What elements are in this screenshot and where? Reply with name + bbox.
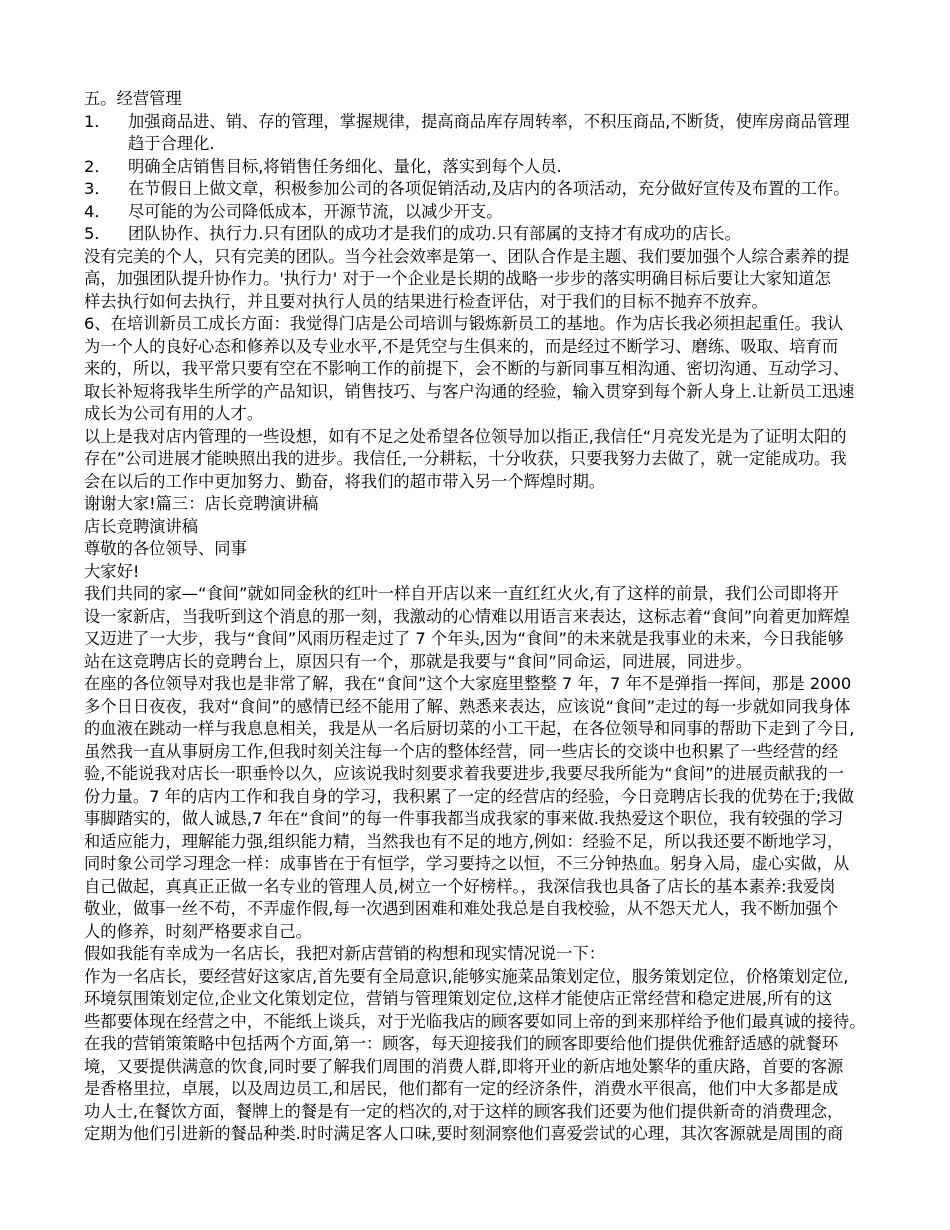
text-line: 作为一名店长，要经营好这家店,首先要有全局意识,能够实施菜品策划定位，服务策划定… [84, 966, 870, 989]
text-line: 谢谢大家!篇三：店长竞聘演讲稿 [84, 493, 870, 516]
text-line: 以上是我对店内管理的一些设想，如有不足之处希望各位领导加以指正,我信任“月亮发光… [84, 426, 870, 449]
text-line: 没有完美的个人，只有完美的团队。当今社会效率是第一、团队合作是主题、我们要加强个… [84, 246, 870, 269]
text-line: 人的修养，时刻严格要求自己。 [84, 921, 870, 944]
text-line: 定期为他们引进新的餐品种类.时时满足客人口味,要时刻洞察他们喜爱尝试的心理，其次… [84, 1123, 870, 1146]
text-line: 是香格里拉，卓展，以及周边员工,和居民，他们都有一定的经济条件，消费水平很高，他… [84, 1078, 870, 1101]
text-line: 多个日日夜夜，我对“食间”的感情已经不能用了解、熟悉来表达，应该说“食间”走过的… [84, 696, 870, 719]
text-line: 功人士,在餐饮方面，餐牌上的餐是有一定的档次的,对于这样的顾客我们还要为他们提供… [84, 1101, 870, 1124]
text-line: 事脚踏实的，做人诚恳,7 年在“食间”的每一件事我都当成我家的事来做.我热爱这个… [84, 808, 870, 831]
text-line: 站在这竞聘店长的竞聘台上，原因只有一个，那就是我要与“食间”同命运，同进展，同进… [84, 651, 870, 674]
list-number: 3． [84, 178, 128, 201]
text-line: 验,不能说我对店长一职垂怜以久，应该说我时刻要求着我要进步,我要尽我所能为“食间… [84, 763, 870, 786]
text-line: 店长竞聘演讲稿 [84, 516, 870, 539]
text-line: 尊敬的各位领导、同事 [84, 538, 870, 561]
numbered-list-item-line: 4．尽可能的为公司降低成本，开源节流，以减少开支。 [84, 201, 870, 224]
numbered-list-item-line: 2．明确全店销售目标,将销售任务细化、量化，落实到每个人员. [84, 156, 870, 179]
list-item-text: 在节假日上做文章，积极参加公司的各项促销活动,及店内的各项活动，充分做好宣传及布… [128, 178, 850, 201]
text-line: 些都要体现在经营之中，不能纸上谈兵，对于光临我店的顾客要如同上帝的到来那样给予他… [84, 1011, 870, 1034]
list-continuation-line: 趋于合理化. [84, 133, 870, 156]
text-line: 境，又要提供满意的饮食,同时要了解我们周围的消费人群,即将开业的新店地处繁华的重… [84, 1056, 870, 1079]
numbered-list-item-line: 3．在节假日上做文章，积极参加公司的各项促销活动,及店内的各项活动，充分做好宣传… [84, 178, 870, 201]
numbered-list-item-line: 5．团队协作、执行力.只有团队的成功才是我们的成功.只有部属的支持才有成功的店长… [84, 223, 870, 246]
text-line: 成长为公司有用的人才。 [84, 403, 870, 426]
list-item-text: 明确全店销售目标,将销售任务细化、量化，落实到每个人员. [128, 156, 562, 179]
text-line: 五。经营管理 [84, 88, 870, 111]
text-line: 环境氛围策划定位,企业文化策划定位，营销与管理策划定位,这样才能使店正常经营和稳… [84, 988, 870, 1011]
text-line: 敬业，做事一丝不苟，不弄虚作假,每一次遇到困难和难处我总是自我校验，从不怨天尤人… [84, 898, 870, 921]
text-line: 设一家新店，当我听到这个消息的那一刻，我激动的心情难以用语言来表达，这标志着“食… [84, 606, 870, 629]
text-line: 高，加强团队提升协作力。'执行力' 对于一个企业是长期的战略一步步的落实明确目标… [84, 268, 870, 291]
list-item-text: 尽可能的为公司降低成本，开源节流，以减少开支。 [128, 201, 502, 224]
list-item-text: 加强商品进、销、存的管理，掌握规律，提高商品库存周转率，不积压商品,不断货，使库… [128, 111, 850, 134]
list-number: 4． [84, 201, 128, 224]
text-line: 假如我能有幸成为一名店长，我把对新店营销的构想和现实情况说一下： [84, 943, 870, 966]
text-line: 样去执行如何去执行，并且要对执行人员的结果进行检查评估，对于我们的目标不抛弃不放… [84, 291, 870, 314]
text-line: 虽然我一直从事厨房工作,但我时刻关注每一个店的整体经营，同一些店长的交谈中也积累… [84, 741, 870, 764]
text-line: 份力量。7 年的店内工作和我自身的学习，我积累了一定的经营店的经验，今日竞聘店长… [84, 786, 870, 809]
text-line: 在我的营销策策略中包括两个方面,第一：顾客，每天迎接我们的顾客即要给他们提供优雅… [84, 1033, 870, 1056]
text-line: 自己做起，真真正正做一名专业的管理人员,树立一个好榜样。，我深信我也具备了店长的… [84, 876, 870, 899]
list-number: 2． [84, 156, 128, 179]
document-text-column: 五。经营管理1．加强商品进、销、存的管理，掌握规律，提高商品库存周转率，不积压商… [84, 88, 870, 1146]
text-line: 和适应能力，理解能力强,组织能力精，当然我也有不足的地方,例如：经验不足，所以我… [84, 831, 870, 854]
document-page: 五。经营管理1．加强商品进、销、存的管理，掌握规律，提高商品库存周转率，不积压商… [0, 0, 950, 1230]
text-line: 取长补短将我毕生所学的产品知识，销售技巧、与客户沟通的经验，输入贯穿到每个新人身… [84, 381, 870, 404]
text-line: 又迈进了一大步，我与“食间”风雨历程走过了 7 个年头,因为“食间”的未来就是我… [84, 628, 870, 651]
text-line: 来的，所以，我平常只要有空在不影响工作的前提下，会不断的与新同事互相沟通、密切沟… [84, 358, 870, 381]
text-line: 同时象公司学习理念一样：成事皆在于有恒学，学习要持之以恒，不三分钟热血。躬身入局… [84, 853, 870, 876]
text-line: 为一个人的良好心态和修养以及专业水平,不是凭空与生俱来的，而是经过不断学习、磨练… [84, 336, 870, 359]
numbered-list-item-line: 1．加强商品进、销、存的管理，掌握规律，提高商品库存周转率，不积压商品,不断货，… [84, 111, 870, 134]
text-line: 在座的各位领导对我也是非常了解，我在“食间”这个大家庭里整整 7 年，7 年不是… [84, 673, 870, 696]
text-line: 的血液在跳动一样与我息息相关，我是从一名后厨切菜的小工干起，在各位领导和同事的帮… [84, 718, 870, 741]
text-line: 存在”公司进展才能映照出我的进步。我信任,一分耕耘，十分收获，只要我努力去做了，… [84, 448, 870, 471]
list-number: 5． [84, 223, 128, 246]
text-line: 大家好! [84, 561, 870, 584]
text-line: 6、在培训新员工成长方面：我觉得门店是公司培训与锻炼新员工的基地。作为店长我必须… [84, 313, 870, 336]
text-line: 我们共同的家—“食间”就如同金秋的红叶一样自开店以来一直红红火火,有了这样的前景… [84, 583, 870, 606]
text-line: 会在以后的工作中更加努力、勤奋，将我们的超市带入另一个辉煌时期。 [84, 471, 870, 494]
list-item-text: 团队协作、执行力.只有团队的成功才是我们的成功.只有部属的支持才有成功的店长。 [128, 223, 741, 246]
list-number: 1． [84, 111, 128, 134]
